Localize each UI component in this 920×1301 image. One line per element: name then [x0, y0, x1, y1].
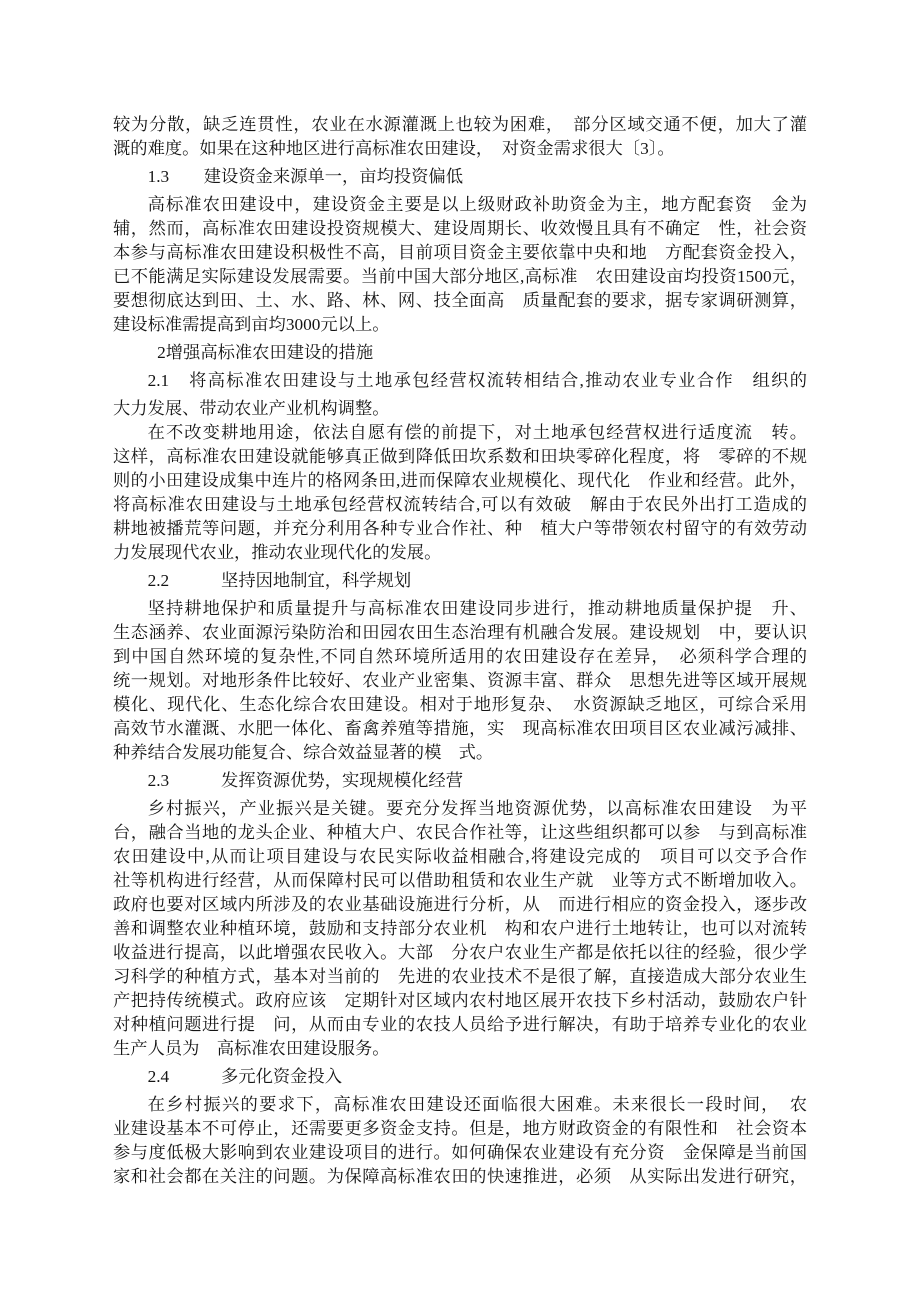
text-line: 大力发展、带动农业产业机构调整。	[113, 397, 807, 421]
text-line: 生态涵养、农业面源污染防治和田园农田生态治理有机融合发展。建设规划 中，要认识	[113, 621, 807, 645]
text-line: 农田建设中,从而让项目建设与农民实际收益相融合,将建设完成的 项目可以交予合作	[113, 845, 807, 869]
text-line: 对种植问题进行提 问，从而由专业的农技人员给予进行解决，有助于培养专业化的农业	[113, 1013, 807, 1037]
text-line: 要想彻底达到田、土、水、路、林、网、技全面高 质量配套的要求，据专家调研测算，	[113, 289, 807, 313]
text-line: 产把持传统模式。政府应该 定期针对区域内农村地区展开农技下乡村活动，鼓励农户针	[113, 989, 807, 1013]
text-line: 将高标准农田建设与土地承包经营权流转结合,可以有效破 解由于农民外出打工造成的	[113, 493, 807, 517]
text-line: 已不能满足实际建设发展需要。当前中国大部分地区,高标准 农田建设亩均投资1500…	[113, 265, 807, 289]
text-line: 力发展现代农业，推动农业现代化的发展。	[113, 541, 807, 565]
numbered-heading: 2.3 发挥资源优势，实现规模化经营	[113, 769, 807, 793]
text-line: 统一规划。对地形条件比较好、农业产业密集、资源丰富、群众 思想先进等区域开展规	[113, 669, 807, 693]
text-line: 业建设基本不可停止，还需要更多资金支持。但是，地方财政资金的有限性和 社会资本	[113, 1117, 807, 1141]
document-page: 较为分散，缺乏连贯性，农业在水源灌溉上也较为困难， 部分区域交通不便，加大了灌溉…	[113, 113, 807, 1189]
text-line: 辅，然而，高标准农田建设投资规模大、建设周期长、收效慢且具有不确定 性，社会资	[113, 217, 807, 241]
numbered-heading: 2.1 将高标准农田建设与土地承包经营权流转相结合,推动农业专业合作 组织的	[113, 369, 807, 393]
text-line: 溉的难度。如果在这种地区进行高标准农田建设， 对资金需求很大〔3〕。	[113, 137, 807, 161]
text-line: 在不改变耕地用途，依法自愿有偿的前提下，对土地承包经营权进行适度流 转。	[113, 421, 807, 445]
text-line: 本参与高标准农田建设积极性不高，目前项目资金主要依靠中央和地 方配套资金投入，	[113, 241, 807, 265]
text-line: 收益进行提高，以此增强农民收入。大部 分农户农业生产都是依托以往的经验，很少学	[113, 941, 807, 965]
text-line: 高效节水灌溉、水肥一体化、畜禽养殖等措施，实 现高标准农田项目区农业减污减排、	[113, 717, 807, 741]
text-line: 模化、现代化、生态化综合农田建设。相对于地形复杂、 水资源缺乏地区，可综合采用	[113, 693, 807, 717]
text-line: 较为分散，缺乏连贯性，农业在水源灌溉上也较为困难， 部分区域交通不便，加大了灌	[113, 113, 807, 137]
text-line: 这样，高标准农田建设就能够真正做到降低田坎系数和田块零碎化程度，将 零碎的不规	[113, 445, 807, 469]
numbered-heading: 2.2 坚持因地制宜，科学规划	[113, 569, 807, 593]
text-line: 高标准农田建设中，建设资金主要是以上级财政补助资金为主，地方配套资 金为	[113, 193, 807, 217]
text-line: 种养结合发展功能复合、综合效益显著的模 式。	[113, 741, 807, 765]
text-line: 生产人员为 高标准农田建设服务。	[113, 1037, 807, 1061]
text-line: 则的小田建设成集中连片的格网条田,进而保障农业规模化、现代化 作业和经营。此外，	[113, 469, 807, 493]
text-line: 习科学的种植方式，基本对当前的 先进的农业技术不是很了解，直接造成大部分农业生	[113, 965, 807, 989]
text-line: 建设标准需提高到亩均3000元以上。	[113, 313, 807, 337]
text-line: 在乡村振兴的要求下，高标准农田建设还面临很大困难。未来很长一段时间， 农	[113, 1093, 807, 1117]
text-line: 善和调整农业种植环境，鼓励和支持部分农业机 构和农户进行土地转让，也可以对流转	[113, 917, 807, 941]
numbered-heading: 2.4 多元化资金投入	[113, 1065, 807, 1089]
numbered-heading: 1.3 建设资金来源单一，亩均投资偏低	[113, 165, 807, 189]
text-line: 坚持耕地保护和质量提升与高标准农田建设同步进行，推动耕地质量保护提 升、	[113, 597, 807, 621]
section-heading: 2增强高标准农田建设的措施	[113, 341, 807, 365]
text-line: 家和社会都在关注的问题。为保障高标准农田的快速推进，必须 从实际出发进行研究，	[113, 1165, 807, 1189]
text-line: 台，融合当地的龙头企业、种植大户、农民合作社等，让这些组织都可以参 与到高标准	[113, 821, 807, 845]
text-line: 社等机构进行经营，从而保障村民可以借助租赁和农业生产就 业等方式不断增加收入。	[113, 869, 807, 893]
text-line: 政府也要对区域内所涉及的农业基础设施进行分析，从 而进行相应的资金投入，逐步改	[113, 893, 807, 917]
text-line: 乡村振兴，产业振兴是关键。要充分发挥当地资源优势，以高标准农田建设 为平	[113, 797, 807, 821]
text-line: 参与度低极大影响到农业建设项目的进行。如何确保农业建设有充分资 金保障是当前国	[113, 1141, 807, 1165]
text-line: 耕地被播荒等问题，并充分利用各种专业合作社、种 植大户等带领农村留守的有效劳动	[113, 517, 807, 541]
text-line: 到中国自然环境的复杂性,不同自然环境所适用的农田建设存在差异， 必须科学合理的	[113, 645, 807, 669]
